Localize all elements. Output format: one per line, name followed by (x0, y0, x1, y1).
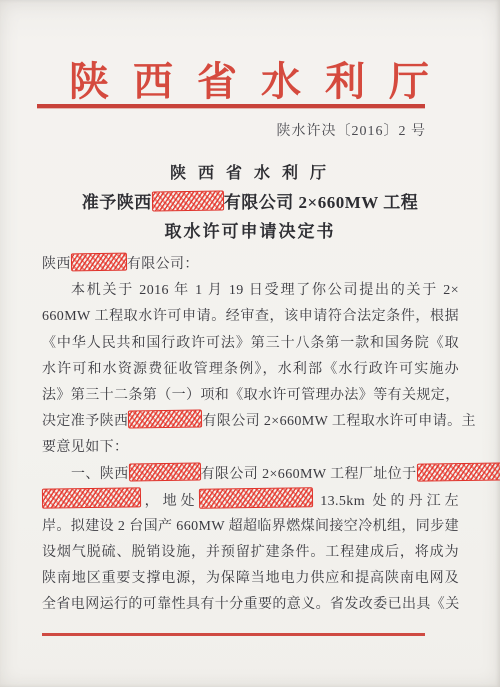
body-line: 岸。拟建设 2 台国产 660MW 超超临界燃煤间接空冷机组，同步建 (42, 514, 459, 540)
body-text: 有限公司 2×660MW 工程厂址位于 (201, 467, 417, 482)
document-title-line-3: 取水许可申请决定书 (0, 217, 500, 242)
document-page: 陕 西 省 水 利 厅 陕水许决〔2016〕2 号 陕 西 省 水 利 厅 准予… (0, 0, 500, 687)
body-line: 一、陕西有限公司 2×660MW 工程厂址位于 (42, 462, 459, 488)
body-text: ，地处 (141, 494, 199, 509)
redaction-mark (71, 253, 127, 272)
body-text: 有限公司 2×660MW 工程取水许可申请。主 (202, 414, 476, 429)
document-title-line-1: 陕 西 省 水 利 厅 (0, 160, 500, 183)
agency-letterhead: 陕 西 省 水 利 厅 (0, 50, 500, 107)
title-text-prefix: 准予陕西 (82, 193, 152, 212)
redaction-mark (199, 487, 313, 509)
body-text: 13.5km 处的丹江左 (313, 494, 459, 509)
redaction-mark (42, 487, 141, 508)
salutation-line: 陕西有限公司： (42, 252, 459, 278)
redaction-mark (152, 190, 224, 211)
footer-divider-line (42, 633, 425, 636)
salutation-prefix: 陕西 (42, 257, 71, 272)
body-line: 全省电网运行的可靠性具有十分重要的意义。省发改委已出具《关 (42, 592, 459, 618)
body-line: ，地处 13.5km 处的丹江左 (42, 488, 459, 514)
body-line: 660MW 工程取水许可申请。经审查，该申请符合法定条件，根据 (42, 304, 459, 330)
document-title-line-2: 准予陕西有限公司 2×660MW 工程 (0, 188, 500, 213)
title-text-suffix: 有限公司 2×660MW 工程 (224, 193, 418, 212)
body-line: 水许可和水资源费征收管理条例》，水利部《水行政许可实施办 (42, 357, 459, 383)
body-line: 陕南地区重要支撑电源，为保障当地电力供应和提高陕南电网及 (42, 566, 459, 592)
redaction-mark (128, 410, 202, 429)
body-text: 一、陕西 (71, 467, 129, 482)
letterhead-divider-line (37, 104, 425, 108)
body-text: 决定准予陕西 (42, 414, 128, 429)
redaction-mark (416, 462, 500, 481)
document-body: 陕西有限公司： 本机关于 2016 年 1 月 19 日受理了你公司提出的关于 … (42, 252, 459, 619)
body-line: 设烟气脱硫、脱销设施，并预留扩建条件。工程建成后，将成为 (42, 540, 459, 566)
body-line: 决定准予陕西有限公司 2×660MW 工程取水许可申请。主 (42, 409, 459, 435)
redaction-mark (128, 462, 200, 481)
body-line: 本机关于 2016 年 1 月 19 日受理了你公司提出的关于 2× (42, 278, 459, 304)
salutation-suffix: 有限公司： (127, 257, 199, 272)
body-line: 法》第三十二条第（一）项和《取水许可管理办法》等有关规定， (42, 383, 459, 409)
body-line: 《中华人民共和国行政许可法》第三十八条第一款和国务院《取 (42, 331, 459, 357)
body-line: 要意见如下： (42, 435, 459, 461)
document-number: 陕水许决〔2016〕2 号 (277, 120, 427, 140)
